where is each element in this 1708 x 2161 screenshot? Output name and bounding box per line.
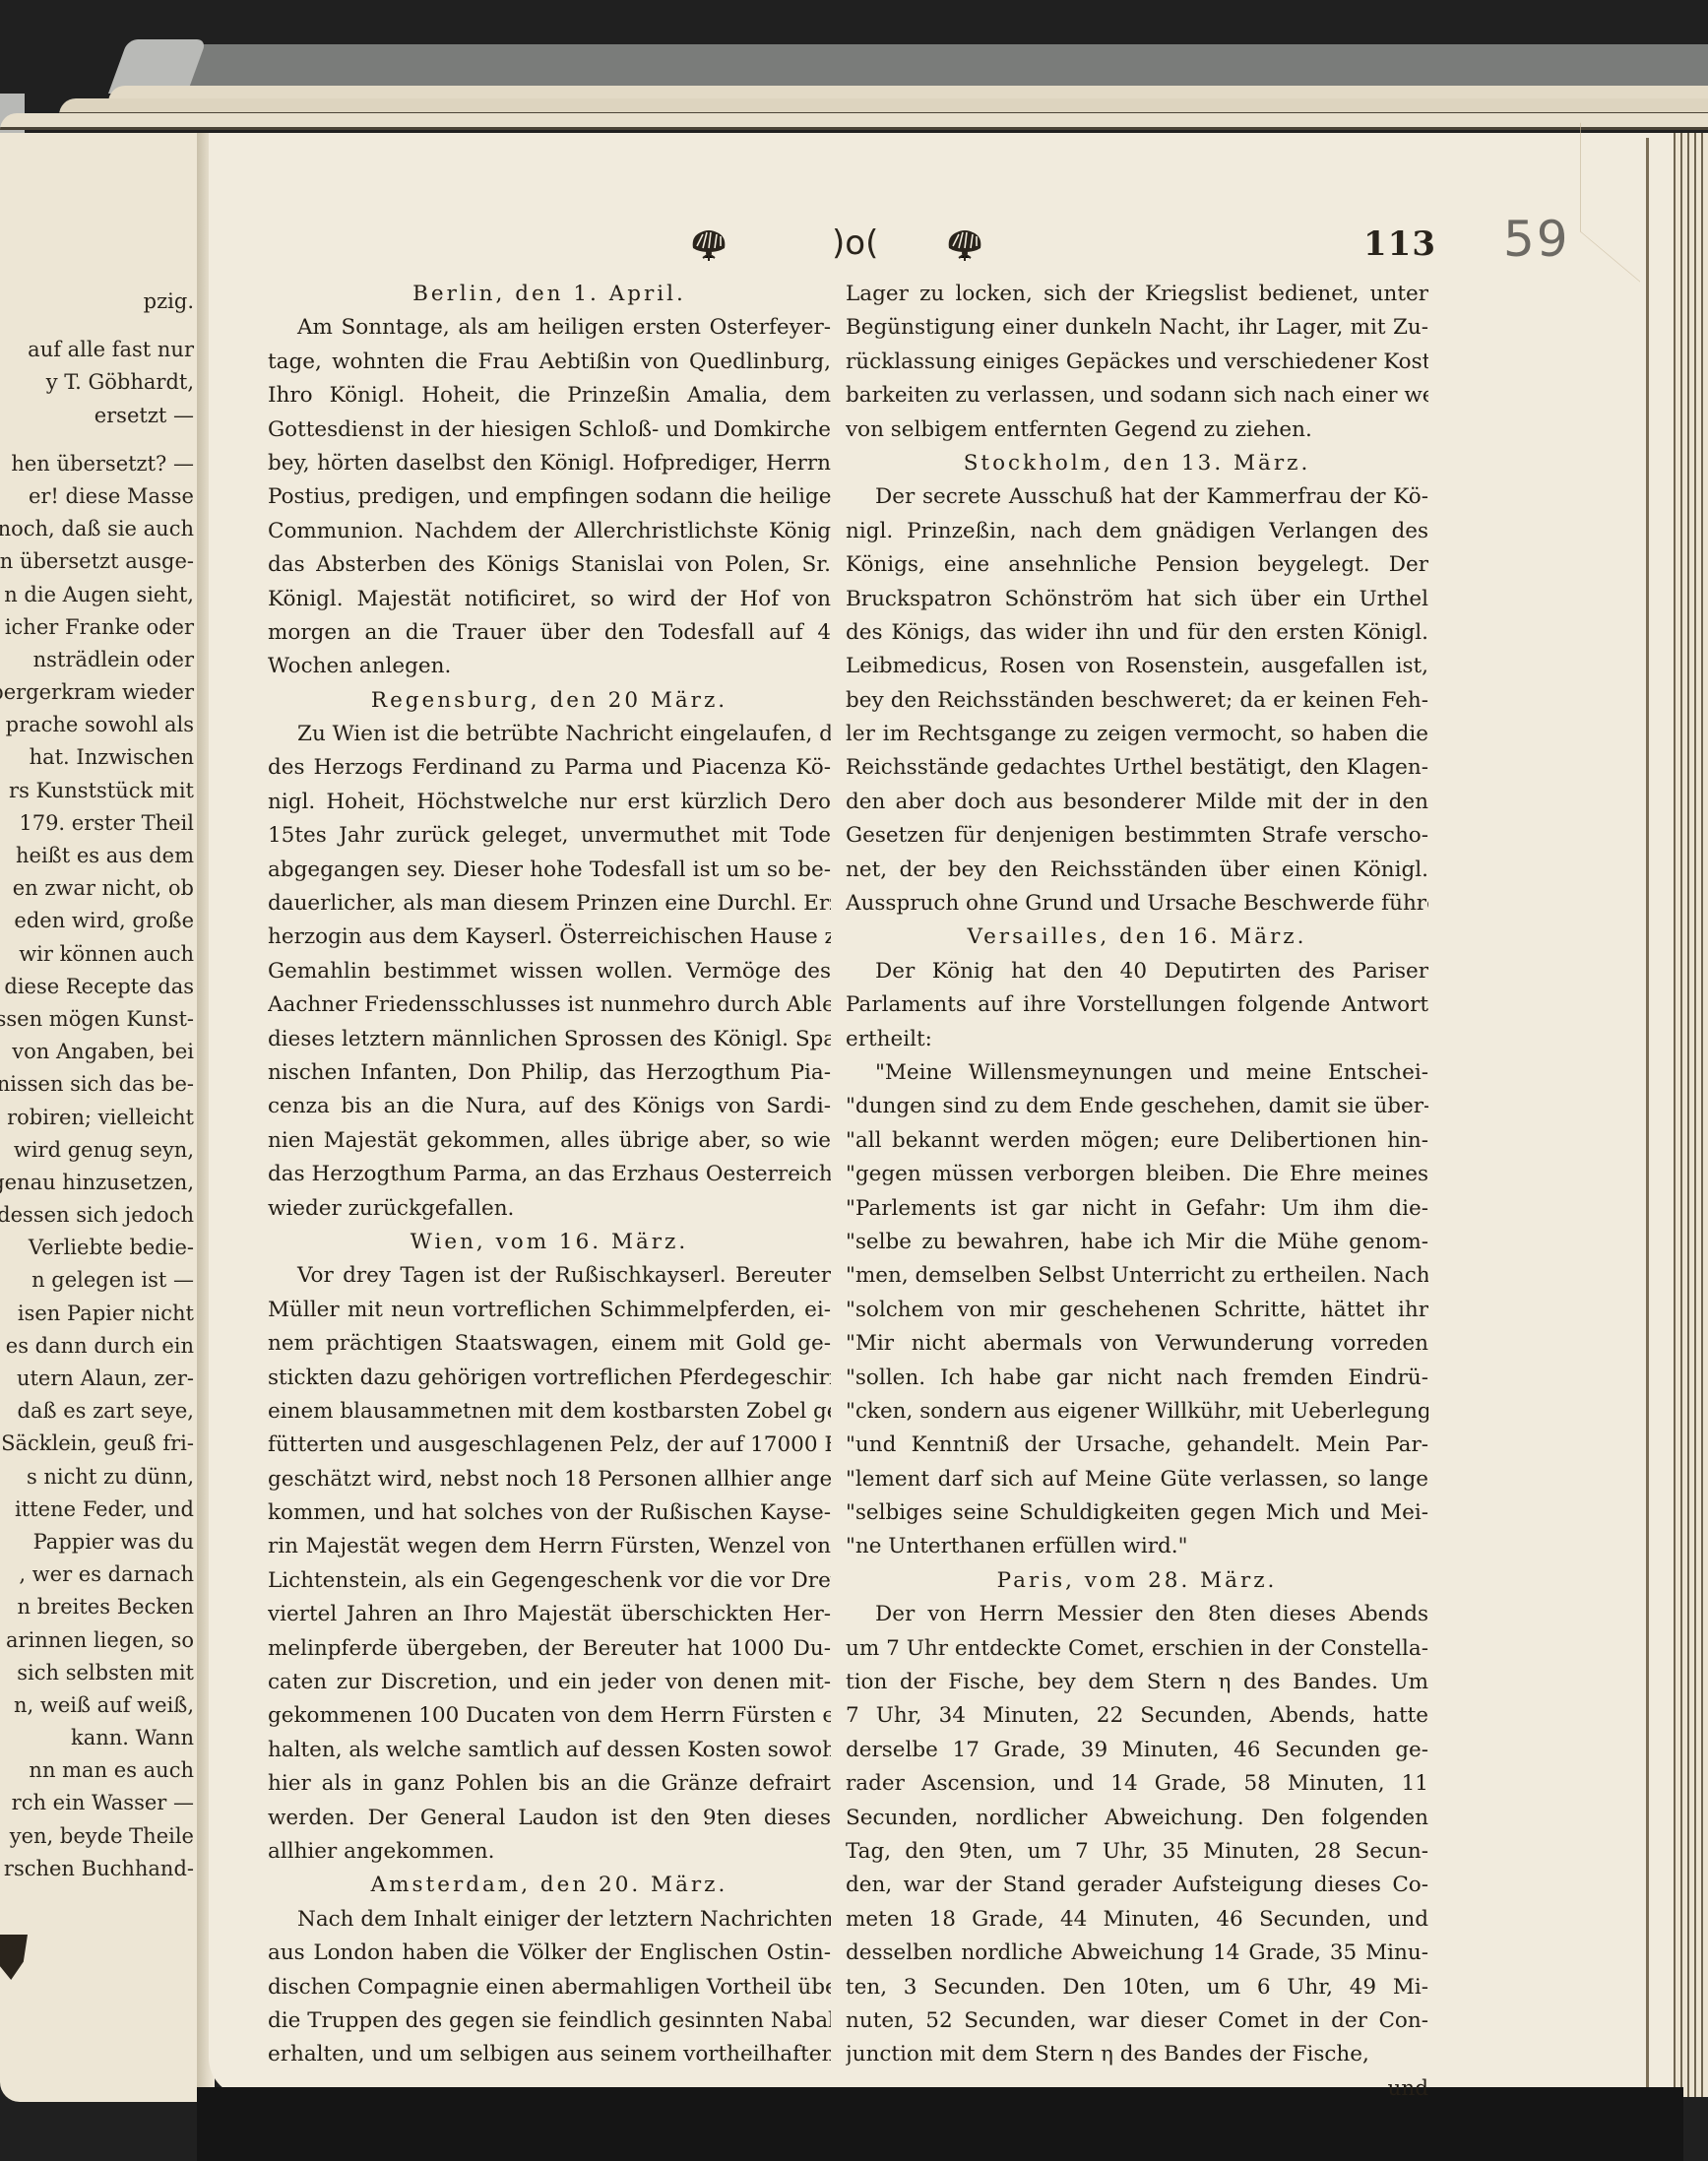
text-line: fütterten und ausgeschlagenen Pelz, der … (268, 1429, 831, 1462)
text-line: Am Sonntage, als am heiligen ersten Oste… (268, 311, 831, 345)
text-line: "Meine Willensmeynungen und meine Entsch… (846, 1056, 1428, 1090)
text-line: nigl. Prinzeßin, nach dem gnädigen Verla… (846, 515, 1428, 548)
fragment-line: n, weiß auf weiß, (0, 1689, 194, 1722)
fragment-line: pzig. (0, 286, 194, 318)
fragment-line: Verliebte bedie- (0, 1232, 194, 1264)
text-line: "sollen. Ich habe gar nicht nach fremden… (846, 1362, 1428, 1395)
text-line: "Parlements ist gar nicht in Gefahr: Um … (846, 1192, 1428, 1226)
text-line: Gesetzen für denjenigen bestimmten Straf… (846, 819, 1428, 853)
text-line: Wochen anlegen. (268, 650, 831, 683)
fragment-line: sich selbsten mit (0, 1657, 194, 1689)
text-line: Lager zu locken, sich der Kriegslist bed… (846, 278, 1428, 311)
text-line: bey den Reichsständen beschweret; da er … (846, 684, 1428, 718)
text-line: "men, demselben Selbst Unterricht zu ert… (846, 1259, 1428, 1293)
fragment-line: diese Recepte das (0, 971, 194, 1003)
text-line: junction mit dem Stern η des Bandes der … (846, 2038, 1428, 2071)
text-line: rücklassung einiges Gepäckes und verschi… (846, 346, 1428, 379)
fragment-line: Säcklein, geuß fri- (0, 1428, 194, 1460)
text-line: nien Majestät gekommen, alles übrige abe… (268, 1124, 831, 1158)
fragment-line: icher Franke oder (0, 611, 194, 644)
text-line: dauerlicher, als man diesem Prinzen eine… (268, 887, 831, 921)
fragment-line (0, 318, 194, 334)
fragment-line: dessen sich jedoch (0, 1199, 194, 1232)
text-line: caten zur Discretion, und ein jeder von … (268, 1666, 831, 1699)
text-line: ten, 3 Secunden. Den 10ten, um 6 Uhr, 49… (846, 1971, 1428, 2004)
text-line: dieses letztern männlichen Sprossen des … (268, 1023, 831, 1056)
text-line: Leibmedicus, Rosen von Rosenstein, ausge… (846, 650, 1428, 683)
text-line: herzogin aus dem Kayserl. Österreichisch… (268, 921, 831, 954)
text-line: Ausspruch ohne Grund und Ursache Beschwe… (846, 887, 1428, 921)
fragment-line: bergerkram wieder (0, 676, 194, 709)
text-line: abgegangen sey. Dieser hohe Todesfall is… (268, 854, 831, 887)
text-line: wieder zurückgefallen. (268, 1192, 831, 1226)
fragment-line: arinnen liegen, so (0, 1624, 194, 1657)
text-line: "all bekannt werden mögen; eure Delibert… (846, 1124, 1428, 1158)
fragment-line: rschen Buchhand- (0, 1853, 194, 1885)
running-head: )o( (689, 224, 984, 264)
text-line: meten 18 Grade, 44 Minuten, 46 Secunden,… (846, 1903, 1428, 1937)
fragment-line: wir können auch (0, 938, 194, 971)
shell-ornament-icon (945, 228, 984, 262)
text-line: "gegen müssen verborgen bleiben. Die Ehr… (846, 1158, 1428, 1191)
text-line: nem prächtigen Staatswagen, einem mit Go… (268, 1327, 831, 1361)
dateline-heading: Wien, vom 16. März. (268, 1226, 831, 1259)
text-line: ertheilt: (846, 1023, 1428, 1056)
fragment-line: isen Papier nicht (0, 1298, 194, 1330)
text-line: "ne Unterthanen erfüllen wird." (846, 1530, 1428, 1563)
text-line: morgen an die Trauer über den Todesfall … (268, 616, 831, 650)
text-line: hier als in ganz Pohlen bis an die Gränz… (268, 1767, 831, 1801)
fragment-line: eden wird, große (0, 905, 194, 937)
page-edge-stack (0, 113, 1708, 130)
text-line: barkeiten zu verlassen, und sodann sich … (846, 379, 1428, 413)
text-line: "lement darf sich auf Meine Güte verlass… (846, 1463, 1428, 1496)
text-line: Reichsstände gedachtes Urthel bestätigt,… (846, 751, 1428, 785)
text-line: tage, wohnten die Frau Aebtißin von Qued… (268, 346, 831, 379)
fragment-line: s nicht zu dünn, (0, 1461, 194, 1494)
text-line: desselben nordliche Abweichung 14 Grade,… (846, 1937, 1428, 1970)
text-line: "dungen sind zu dem Ende geschehen, dami… (846, 1090, 1428, 1123)
fragment-line: rs Kunststück mit (0, 775, 194, 807)
fragment-line: heißt es aus dem (0, 840, 194, 872)
text-line: Müller mit neun vortreflichen Schimmelpf… (268, 1294, 831, 1327)
text-line: "Mir nicht abermals von Verwunderung vor… (846, 1327, 1428, 1361)
text-line: erhalten, und um selbigen aus seinem vor… (268, 2038, 831, 2071)
dateline-heading: Berlin, den 1. April. (268, 278, 831, 311)
text-line: nischen Infanten, Don Philip, das Herzog… (268, 1056, 831, 1090)
fragment-line: , wer es darnach (0, 1558, 194, 1591)
text-line: Nach dem Inhalt einiger der letztern Nac… (268, 1903, 831, 1937)
text-line: "und Kenntniß der Ursache, gehandelt. Me… (846, 1429, 1428, 1462)
fragment-line: hat. Inzwischen (0, 741, 194, 774)
tailpiece-ornament-icon (0, 1935, 28, 1980)
text-line: Königs, eine ansehnliche Pension beygele… (846, 548, 1428, 582)
fragment-line: yen, beyde Theile (0, 1820, 194, 1853)
facing-page-left: pzig.auf alle fast nury T. Göbhardt,erse… (0, 133, 202, 2102)
text-line: cenza bis an die Nura, auf des Königs vo… (268, 1090, 831, 1123)
center-ornament-icon: )o( (832, 224, 878, 262)
fragment-line: Pappier was du (0, 1526, 194, 1558)
catchword: und (846, 2072, 1428, 2106)
text-line: Postius, predigen, und empfingen sodann … (268, 480, 831, 514)
text-line: Gemahlin bestimmet wissen wollen. Vermög… (268, 955, 831, 988)
text-line: Ihro Königl. Hoheit, die Prinzeßin Amali… (268, 379, 831, 413)
fragment-line: nsträdlein oder (0, 644, 194, 676)
text-line: des Herzogs Ferdinand zu Parma und Piace… (268, 751, 831, 785)
fragment-line: en übersetzt ausge- (0, 545, 194, 578)
text-line: des Königs, das wider ihn und für den er… (846, 616, 1428, 650)
fragment-line: nissen sich das be- (0, 1068, 194, 1101)
page-edge-stack-right (1674, 133, 1708, 2097)
text-line: den, war der Stand gerader Aufsteigung d… (846, 1869, 1428, 1902)
text-line: Bruckspatron Schönström hat sich über ei… (846, 583, 1428, 616)
dateline-heading: Versailles, den 16. März. (846, 921, 1428, 954)
text-line: dischen Compagnie einen abermahligen Vor… (268, 1971, 831, 2004)
text-line: das Herzogthum Parma, an das Erzhaus Oes… (268, 1158, 831, 1191)
fragment-line: en zwar nicht, ob (0, 872, 194, 905)
text-line: Communion. Nachdem der Allerchristlichst… (268, 515, 831, 548)
fragment-line: daß es zart seye, (0, 1395, 194, 1428)
fragment-line: rch ein Wasser — (0, 1787, 194, 1819)
text-line: 7 Uhr, 34 Minuten, 22 Secunden, Abends, … (846, 1699, 1428, 1733)
fragment-line: y T. Göbhardt, (0, 366, 194, 399)
text-line: Secunden, nordlicher Abweichung. Den fol… (846, 1802, 1428, 1835)
fragment-line: prache sowohl als (0, 709, 194, 741)
fragment-line: n gelegen ist — (0, 1264, 194, 1297)
text-line: allhier angekommen. (268, 1835, 831, 1869)
text-line: ler im Rechtsgange zu zeigen vermocht, s… (846, 718, 1428, 751)
page-border-line (1646, 138, 1649, 2092)
text-line: rader Ascension, und 14 Grade, 58 Minute… (846, 1767, 1428, 1801)
text-line: um 7 Uhr entdeckte Comet, erschien in de… (846, 1632, 1428, 1666)
text-column-left: Berlin, den 1. April.Am Sonntage, als am… (268, 278, 831, 2072)
fragment-line: ittene Feder, und (0, 1494, 194, 1526)
text-line: "solchem von mir geschehenen Schritte, h… (846, 1294, 1428, 1327)
text-line: Der secrete Ausschuß hat der Kammerfrau … (846, 480, 1428, 514)
text-line: "selbe zu bewahren, habe ich Mir die Müh… (846, 1226, 1428, 1259)
text-line: viertel Jahren an Ihro Majestät überschi… (268, 1598, 831, 1631)
fragment-line: ersetzt — (0, 400, 194, 432)
text-line: die Truppen des gegen sie feindlich gesi… (268, 2004, 831, 2038)
text-line: gekommenen 100 Ducaten von dem Herrn Für… (268, 1699, 831, 1733)
text-line: Tag, den 9ten, um 7 Uhr, 35 Minuten, 28 … (846, 1835, 1428, 1869)
fragment-line: er! diese Masse (0, 480, 194, 513)
fragment-line: nn man es auch (0, 1754, 194, 1787)
text-column-right: Lager zu locken, sich der Kriegslist bed… (846, 278, 1428, 2106)
text-line: nuten, 52 Secunden, war dieser Comet in … (846, 2004, 1428, 2038)
text-line: von selbigem entfernten Gegend zu ziehen… (846, 413, 1428, 447)
text-line: Der König hat den 40 Deputirten des Pari… (846, 955, 1428, 988)
fragment-line: n die Augen sieht, (0, 579, 194, 611)
text-line: Vor drey Tagen ist der Rußischkayserl. B… (268, 1259, 831, 1293)
fragment-line: kann. Wann (0, 1722, 194, 1754)
fragment-line (0, 432, 194, 448)
fragment-line: noch, daß sie auch (0, 513, 194, 545)
text-line: Begünstigung einer dunkeln Nacht, ihr La… (846, 311, 1428, 345)
text-line: tion der Fische, bey dem Stern η des Ban… (846, 1666, 1428, 1699)
text-line: werden. Der General Laudon ist den 9ten … (268, 1802, 831, 1835)
dateline-heading: Stockholm, den 13. März. (846, 447, 1428, 480)
text-line: bey, hörten daselbst den Königl. Hofpred… (268, 447, 831, 480)
folio-stamp: 59 (1503, 211, 1570, 268)
fragment-line: hen übersetzt? — (0, 448, 194, 480)
fragment-line: n breites Becken (0, 1591, 194, 1623)
text-line: melinpferde übergeben, der Bereuter hat … (268, 1632, 831, 1666)
text-line: das Absterben des Königs Stanislai von P… (268, 548, 831, 582)
fragment-line: robiren; vielleicht (0, 1102, 194, 1134)
facing-page-text-fragment: pzig.auf alle fast nury T. Göbhardt,erse… (0, 286, 194, 1885)
fragment-line: wird genug seyn, (0, 1134, 194, 1167)
fragment-line: von Angaben, bei (0, 1036, 194, 1068)
text-line: Königl. Majestät notificiret, so wird de… (268, 583, 831, 616)
fragment-line: genau hinzusetzen, (0, 1167, 194, 1199)
fragment-line: auf alle fast nur (0, 334, 194, 366)
fragment-line: es dann durch ein (0, 1330, 194, 1363)
shell-ornament-icon (689, 228, 728, 262)
text-line: Aachner Friedensschlusses ist nunmehro d… (268, 988, 831, 1022)
text-line: Zu Wien ist die betrübte Nachricht einge… (268, 718, 831, 751)
text-line: den aber doch aus besonderer Milde mit d… (846, 786, 1428, 819)
text-line: halten, als welche samtlich auf dessen K… (268, 1734, 831, 1767)
text-line: aus London haben die Völker der Englisch… (268, 1937, 831, 1970)
dateline-heading: Amsterdam, den 20. März. (268, 1869, 831, 1902)
text-line: nigl. Hoheit, Höchstwelche nur erst kürz… (268, 786, 831, 819)
fragment-line: ssen mögen Kunst- (0, 1003, 194, 1036)
text-line: Parlaments auf ihre Vorstellungen folgen… (846, 988, 1428, 1022)
dateline-heading: Paris, vom 28. März. (846, 1564, 1428, 1598)
text-line: Der von Herrn Messier den 8ten dieses Ab… (846, 1598, 1428, 1631)
fragment-line: 179. erster Theil (0, 807, 194, 840)
text-line: net, der bey den Reichsständen über eine… (846, 854, 1428, 887)
fragment-line: utern Alaun, zer- (0, 1363, 194, 1395)
text-line: geschätzt wird, nebst noch 18 Personen a… (268, 1463, 831, 1496)
text-line: Lichtenstein, als ein Gegengeschenk vor … (268, 1564, 831, 1598)
text-line: "cken, sondern aus eigener Willkühr, mit… (846, 1395, 1428, 1429)
page-number: 113 (1363, 224, 1436, 264)
text-line: 15tes Jahr zurück geleget, unvermuthet m… (268, 819, 831, 853)
text-line: einem blausammetnen mit dem kostbarsten … (268, 1395, 831, 1429)
dateline-heading: Regensburg, den 20 März. (268, 684, 831, 718)
text-line: Gottesdienst in der hiesigen Schloß- und… (268, 413, 831, 447)
text-line: derselbe 17 Grade, 39 Minuten, 46 Secund… (846, 1734, 1428, 1767)
text-line: kommen, und hat solches von der Rußische… (268, 1496, 831, 1530)
text-line: stickten dazu gehörigen vortreflichen Pf… (268, 1362, 831, 1395)
text-line: "selbiges seine Schuldigkeiten gegen Mic… (846, 1496, 1428, 1530)
text-line: rin Majestät wegen dem Herrn Fürsten, We… (268, 1530, 831, 1563)
